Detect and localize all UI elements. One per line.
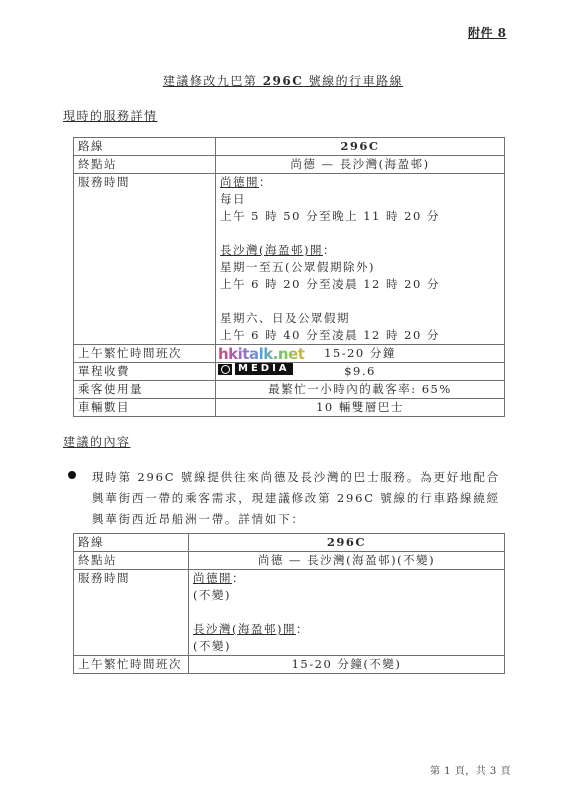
proposal-section-heading: 建議的內容 — [63, 433, 131, 450]
usage-value: 最繁忙一小時內的載客率: 65% — [216, 381, 505, 399]
watermark-site: hkitalk.net — [218, 347, 328, 362]
peak-value: 15-20 分鐘(不變) — [189, 656, 505, 674]
usage-label: 乘客使用量 — [74, 381, 216, 399]
current-section-heading: 現時的服務詳情 — [63, 107, 158, 124]
title-route: 296C — [263, 74, 304, 88]
title-prefix: 建議修改九巴第 — [163, 74, 263, 88]
terminus-value: 尚德 — 長沙灣(海盈邨)(不變) — [189, 552, 505, 570]
hours-value: 尚德開： (不變) 長沙灣(海盈邨)開： (不變) — [189, 570, 505, 656]
route-value: 296C — [189, 534, 505, 552]
table-row: 服務時間 尚德開： (不變) 長沙灣(海盈邨)開： (不變) — [74, 570, 505, 656]
from-b-label: 長沙灣(海盈邨)開 — [193, 622, 296, 636]
watermark: hkitalk.net MEDIA — [218, 347, 328, 379]
terminus-value: 尚德 — 長沙灣(海盈邨) — [216, 156, 505, 174]
route-value: 296C — [216, 138, 505, 156]
peak-label: 上午繁忙時間班次 — [74, 345, 216, 363]
from-a-label: 尚德開 — [193, 571, 232, 585]
title-suffix: 號線的行車路線 — [303, 74, 403, 88]
annex-label: 附件 8 — [468, 24, 507, 41]
page-footer: 第 1 頁，共 3 頁 — [430, 762, 511, 777]
hours-value: 尚德開： 每日 上午 5 時 50 分至晚上 11 時 20 分 長沙灣(海盈邨… — [216, 174, 505, 345]
from-a-label: 尚德開 — [220, 175, 259, 189]
from-b-weekday: 星期一至五(公眾假期除外) — [220, 259, 500, 276]
colon: ： — [259, 175, 272, 189]
table-row: 終點站 尚德 — 長沙灣(海盈邨)(不變) — [74, 552, 505, 570]
hours-label: 服務時間 — [74, 570, 189, 656]
colon: ： — [296, 622, 309, 636]
hours-label: 服務時間 — [74, 174, 216, 345]
colon: ： — [323, 243, 336, 257]
fleet-value: 10 輛雙層巴士 — [216, 399, 505, 417]
from-b-weekend-time: 上午 6 時 40 分至凌晨 12 時 20 分 — [220, 327, 500, 344]
table-row: 路線 296C — [74, 138, 505, 156]
table-row: 路線 296C — [74, 534, 505, 552]
from-b-label: 長沙灣(海盈邨)開 — [220, 243, 323, 257]
from-b-value: (不變) — [193, 638, 500, 655]
from-a-value: (不變) — [193, 587, 500, 604]
from-a-day: 每日 — [220, 191, 500, 208]
terminus-label: 終點站 — [74, 552, 189, 570]
route-label: 路線 — [74, 534, 189, 552]
table-row: 乘客使用量 最繁忙一小時內的載客率: 65% — [74, 381, 505, 399]
peak-label: 上午繁忙時間班次 — [74, 656, 189, 674]
fleet-label: 車輛數目 — [74, 399, 216, 417]
from-a-time: 上午 5 時 50 分至晚上 11 時 20 分 — [220, 208, 500, 225]
table-row: 服務時間 尚德開： 每日 上午 5 時 50 分至晚上 11 時 20 分 長沙… — [74, 174, 505, 345]
from-b-weekend: 星期六、日及公眾假期 — [220, 310, 500, 327]
terminus-label: 終點站 — [74, 156, 216, 174]
bullet-icon — [68, 471, 76, 479]
media-logo-icon — [218, 364, 232, 375]
proposed-service-table: 路線 296C 終點站 尚德 — 長沙灣(海盈邨)(不變) 服務時間 尚德開： … — [73, 533, 505, 674]
table-row: 上午繁忙時間班次 15-20 分鐘(不變) — [74, 656, 505, 674]
proposal-paragraph: 現時第 296C 號線提供往來尚德及長沙灣的巴士服務。為更好地配合興華街西一帶的… — [92, 467, 512, 530]
from-b-weekday-time: 上午 6 時 20 分至凌晨 12 時 20 分 — [220, 276, 500, 293]
table-row: 車輛數目 10 輛雙層巴士 — [74, 399, 505, 417]
watermark-media: MEDIA — [235, 363, 293, 375]
table-row: 終點站 尚德 — 長沙灣(海盈邨) — [74, 156, 505, 174]
route-label: 路線 — [74, 138, 216, 156]
fare-label: 單程收費 — [74, 363, 216, 381]
document-title: 建議修改九巴第 296C 號線的行車路線 — [0, 72, 566, 89]
colon: ： — [232, 571, 245, 585]
